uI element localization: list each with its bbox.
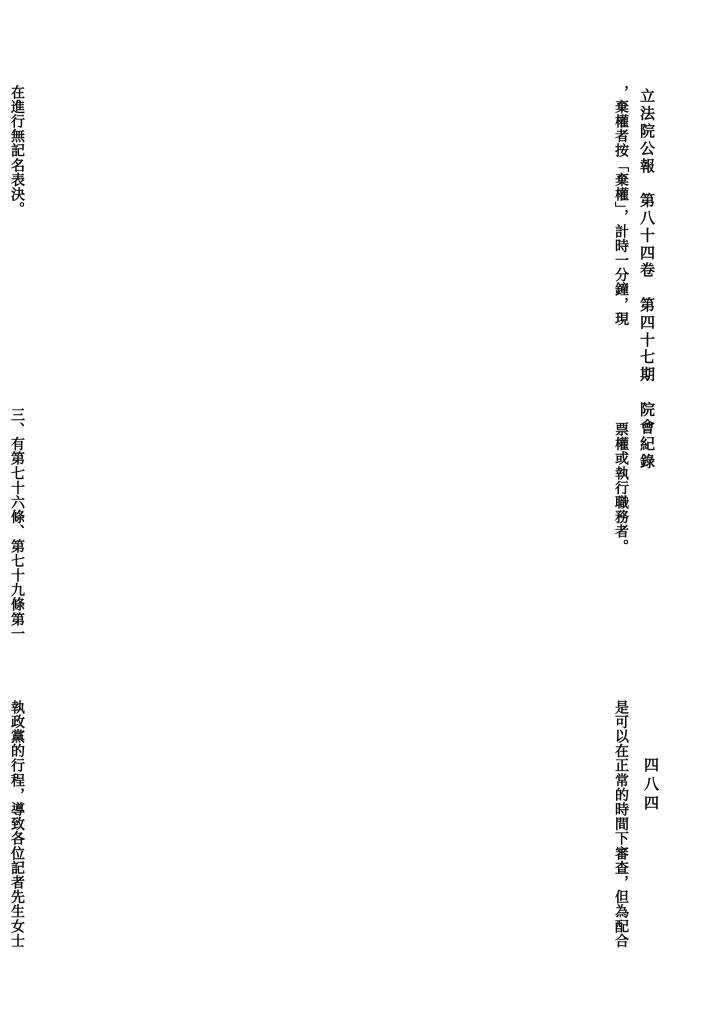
- text-band-2: 票權或執行職務者。 三、有第七十六條、第七十九條第一 項第一款、刑法第一百四十六…: [28, 393, 632, 651]
- text-band-3: 是可以在正常的時間下審查，但為配合執政黨的行程，導致各位記者先生女士也必須留下來…: [28, 700, 632, 958]
- text-column: 執政黨的行程，導致各位記者先生女士: [0, 700, 28, 958]
- text-column: 三、有第七十六條、第七十九條第一: [0, 393, 28, 651]
- text-column: 在進行無記名表決。: [0, 85, 28, 343]
- text-column: ，棄權者按「棄權」，計時一分鐘，現: [28, 85, 632, 343]
- text-band-1: ，棄權者按「棄權」，計時一分鐘，現在進行無記名表決。 （進行表決）主席：報告表決…: [28, 85, 632, 343]
- page-number: 四八四: [641, 757, 661, 814]
- text-column: 是可以在正常的時間下審查，但為配合: [28, 700, 632, 958]
- journal-header: 立法院公報 第八十四卷 第四十七期 院會紀錄: [636, 88, 658, 488]
- gazette-page: 立法院公報 第八十四卷 第四十七期 院會紀錄 四八四 ，棄權者按「棄權」，計時一…: [0, 0, 715, 1024]
- text-column: 票權或執行職務者。: [28, 393, 632, 651]
